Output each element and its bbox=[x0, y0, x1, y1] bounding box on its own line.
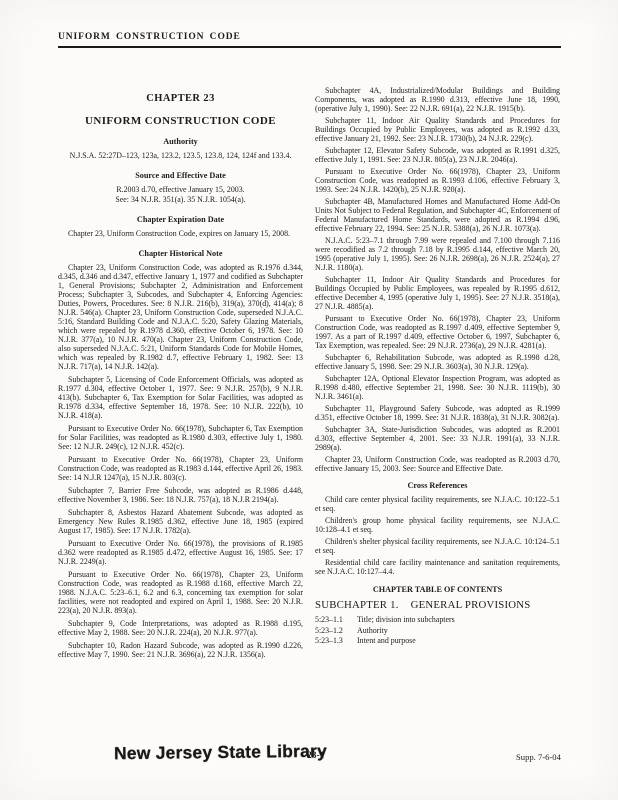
historical-paragraph: Subchapter 3A, State-Jurisdiction Subcod… bbox=[315, 425, 560, 452]
source-effective-date-heading: Source and Effective Date bbox=[58, 171, 303, 180]
toc-entry-title: Authority bbox=[357, 626, 560, 635]
historical-paragraph: Subchapter 4B, Manufactured Homes and Ma… bbox=[315, 197, 560, 233]
cross-reference-item: Child care center physical facility requ… bbox=[315, 495, 560, 513]
historical-paragraph: Pursuant to Executive Order No. 66(1978)… bbox=[58, 570, 303, 615]
historical-paragraph: N.J.A.C. 5:23–7.1 through 7.99 were repe… bbox=[315, 236, 560, 272]
authority-text: N.J.S.A. 52:27D–123, 123a, 123.2, 123.5,… bbox=[58, 151, 303, 160]
historical-paragraph: Subchapter 12, Elevator Safety Subcode, … bbox=[315, 146, 560, 164]
historical-paragraph: Chapter 23, Uniform Construction Code, w… bbox=[58, 263, 303, 371]
cross-reference-item: Children's group home physical facility … bbox=[315, 516, 560, 534]
authority-heading: Authority bbox=[58, 137, 303, 146]
historical-paragraph: Subchapter 11, Indoor Air Quality Standa… bbox=[315, 275, 560, 311]
subchapter-title: GENERAL PROVISIONS bbox=[411, 599, 531, 611]
toc-entry-number: 5:23–1.3 bbox=[315, 636, 357, 645]
running-head-title: UNIFORM CONSTRUCTION CODE bbox=[58, 32, 561, 42]
historical-paragraph: Subchapter 12A, Optional Elevator Inspec… bbox=[315, 374, 560, 401]
page-number: 23-1 bbox=[307, 751, 324, 761]
chapter-number-heading: CHAPTER 23 bbox=[58, 94, 303, 103]
historical-paragraph: Subchapter 5, Licensing of Code Enforcem… bbox=[58, 375, 303, 420]
document-page: UNIFORM CONSTRUCTION CODE CHAPTER 23 UNI… bbox=[0, 0, 618, 800]
toc-entry-number: 5:23–1.2 bbox=[315, 626, 357, 635]
historical-paragraph: Subchapter 11, Playground Safety Subcode… bbox=[315, 404, 560, 422]
chapter-title-heading: UNIFORM CONSTRUCTION CODE bbox=[58, 117, 303, 126]
subchapter-number: SUBCHAPTER 1. bbox=[315, 599, 399, 611]
right-column: Subchapter 4A, Industrialized/Modular Bu… bbox=[315, 86, 560, 663]
historical-note-heading: Chapter Historical Note bbox=[58, 249, 303, 258]
historical-paragraph: Pursuant to Executive Order No. 66(1978)… bbox=[58, 424, 303, 451]
historical-paragraph: Chapter 23, Uniform Construction Code, w… bbox=[315, 455, 560, 473]
toc-entry: 5:23–1.1 Title; division into subchapter… bbox=[315, 615, 560, 624]
historical-paragraph: Subchapter 11, Indoor Air Quality Standa… bbox=[315, 116, 560, 143]
cross-references-heading: Cross References bbox=[315, 481, 560, 490]
two-column-body: CHAPTER 23 UNIFORM CONSTRUCTION CODE Aut… bbox=[58, 86, 561, 663]
toc-entry: 5:23–1.3 Intent and purpose bbox=[315, 636, 560, 645]
historical-paragraph: Subchapter 10, Radon Hazard Subcode, was… bbox=[58, 641, 303, 659]
left-column: CHAPTER 23 UNIFORM CONSTRUCTION CODE Aut… bbox=[58, 86, 303, 663]
cross-reference-item: Residential child care facility maintena… bbox=[315, 558, 560, 576]
historical-paragraph: Pursuant to Executive Order No. 66(1978)… bbox=[58, 539, 303, 566]
historical-paragraph: Pursuant to Executive Order No. 66(1978)… bbox=[315, 167, 560, 194]
historical-paragraph: Subchapter 7, Barrier Free Subcode, was … bbox=[58, 486, 303, 504]
historical-paragraph: Pursuant to Executive Order No. 66(1978)… bbox=[315, 314, 560, 350]
toc-entry-number: 5:23–1.1 bbox=[315, 615, 357, 624]
historical-paragraph: Pursuant to Executive Order No. 66(1978)… bbox=[58, 455, 303, 482]
historical-paragraph: Subchapter 8, Asbestos Hazard Abatement … bbox=[58, 508, 303, 535]
cross-reference-item: Children's shelter physical facility req… bbox=[315, 537, 560, 555]
header-rule bbox=[58, 46, 561, 48]
chapter-expiration-heading: Chapter Expiration Date bbox=[58, 215, 303, 224]
running-header: UNIFORM CONSTRUCTION CODE bbox=[58, 32, 561, 48]
historical-paragraph: Subchapter 4A, Industrialized/Modular Bu… bbox=[315, 86, 560, 113]
source-line: R.2003 d.70, effective January 15, 2003. bbox=[58, 185, 303, 194]
subchapter-heading: SUBCHAPTER 1.GENERAL PROVISIONS bbox=[315, 601, 560, 610]
supplement-date: Supp. 7-6-04 bbox=[516, 752, 561, 762]
library-stamp: New Jersey State Library bbox=[114, 741, 327, 765]
historical-paragraph: Subchapter 9, Code Interpretations, was … bbox=[58, 619, 303, 637]
historical-paragraph: Subchapter 6, Rehabilitation Subcode, wa… bbox=[315, 353, 560, 371]
expiration-paragraph: Chapter 23, Uniform Construction Code, e… bbox=[58, 229, 303, 238]
source-line: See: 34 N.J.R. 351(a). 35 N.J.R. 1054(a)… bbox=[58, 195, 303, 204]
chapter-toc-heading: CHAPTER TABLE OF CONTENTS bbox=[315, 585, 560, 594]
toc-entry-title: Title; division into subchapters bbox=[357, 615, 560, 624]
toc-entry-title: Intent and purpose bbox=[357, 636, 560, 645]
toc-entry: 5:23–1.2 Authority bbox=[315, 626, 560, 635]
